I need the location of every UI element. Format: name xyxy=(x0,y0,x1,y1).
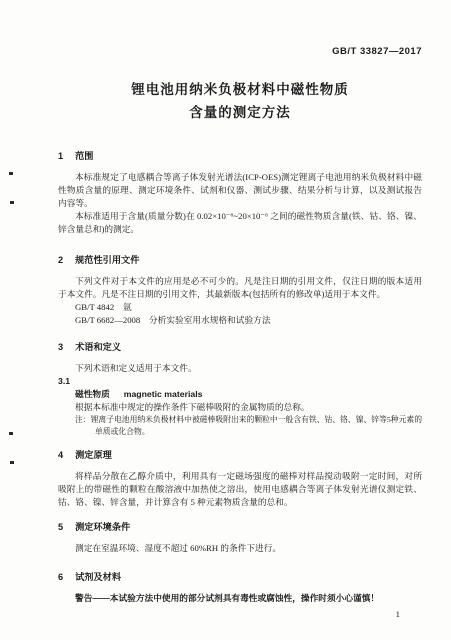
title-line-2: 含量的测定方法 xyxy=(58,101,422,124)
reference-item-2: GB/T 6682—2008 分析实验室用水规格和试验方法 xyxy=(75,314,422,327)
document-title: 锂电池用纳米负极材料中磁性物质 含量的测定方法 xyxy=(58,78,422,124)
section-4-body: 将样品分散在乙醇介质中，利用具有一定磁场强度的磁棒对样品搅动吸附一定时间，对所吸… xyxy=(58,470,422,509)
reference-item-1: GB/T 4842 氩 xyxy=(75,301,422,314)
section-2-body: 下列文件对于本文件的应用是必不可少的。凡是注日期的引用文件，仅注日期的版本适用于… xyxy=(58,275,422,327)
section-4-number: 4 xyxy=(58,450,63,460)
section-5-number: 5 xyxy=(58,522,63,532)
section-3-body: 下列术语和定义适用于本文件。 3.1 磁性物质magnetic material… xyxy=(58,362,422,437)
section-scope: 1范围 本标准规定了电感耦合等离子体发射光谱法(ICP-OES)测定锂离子电池用… xyxy=(58,150,422,236)
term-entry-number: 3.1 xyxy=(58,375,422,388)
term-chinese: 磁性物质 xyxy=(75,389,110,399)
warning-text: 警告——本试验方法中使用的部分试剂具有毒性或腐蚀性，操作时须小心谨慎！ xyxy=(75,592,422,605)
section-6-heading: 6试剂及材料 xyxy=(58,571,422,584)
section-3-heading: 3术语和定义 xyxy=(58,341,422,354)
section-5-body: 测定在室温环境、湿度不超过 60%RH 的条件下进行。 xyxy=(58,542,422,555)
term-note: 注：锂离子电池用纳米负极材料中被磁棒吸附出来的颗粒中一般含有铁、钴、铬、镍、锌等… xyxy=(95,414,422,437)
term-definition: 根据本标准中规定的操作条件下磁棒吸附的金属物质的总称。 xyxy=(75,401,422,414)
scope-paragraph-1: 本标准规定了电感耦合等离子体发射光谱法(ICP-OES)测定锂离子电池用纳米负极… xyxy=(58,171,422,210)
term-english: magnetic materials xyxy=(124,389,203,399)
section-normative-references: 2规范性引用文件 下列文件对于本文件的应用是必不可少的。凡是注日期的引用文件，仅… xyxy=(58,254,422,327)
scope-paragraph-2: 本标准适用于含量(质量分数)在 0.02×10⁻⁶~20×10⁻⁶ 之间的磁性物… xyxy=(58,210,422,236)
section-5-heading: 5测定环境条件 xyxy=(58,521,422,534)
section-1-body: 本标准规定了电感耦合等离子体发射光谱法(ICP-OES)测定锂离子电池用纳米负极… xyxy=(58,171,422,236)
references-intro-paragraph: 下列文件对于本文件的应用是必不可少的。凡是注日期的引用文件，仅注日期的版本适用于… xyxy=(58,275,422,301)
section-2-heading: 2规范性引用文件 xyxy=(58,254,422,267)
section-4-title: 测定原理 xyxy=(75,450,112,460)
standard-number: GB/T 33827—2017 xyxy=(58,46,422,58)
section-2-title: 规范性引用文件 xyxy=(75,255,139,265)
terms-intro-paragraph: 下列术语和定义适用于本文件。 xyxy=(58,362,422,375)
section-6-title: 试剂及材料 xyxy=(75,572,121,582)
section-determination-principle: 4测定原理 将样品分散在乙醇介质中，利用具有一定磁场强度的磁棒对样品搅动吸附一定… xyxy=(58,449,422,509)
section-6-number: 6 xyxy=(58,572,63,582)
section-terms-definitions: 3术语和定义 下列术语和定义适用于本文件。 3.1 磁性物质magnetic m… xyxy=(58,341,422,437)
section-environment-conditions: 5测定环境条件 测定在室温环境、湿度不超过 60%RH 的条件下进行。 xyxy=(58,521,422,555)
section-2-number: 2 xyxy=(58,255,63,265)
section-5-title: 测定环境条件 xyxy=(75,522,130,532)
section-1-number: 1 xyxy=(58,151,63,161)
section-1-heading: 1范围 xyxy=(58,150,422,163)
principle-paragraph: 将样品分散在乙醇介质中，利用具有一定磁场强度的磁棒对样品搅动吸附一定时间，对所吸… xyxy=(58,470,422,509)
title-line-1: 锂电池用纳米负极材料中磁性物质 xyxy=(58,78,422,101)
document-page: GB/T 33827—2017 锂电池用纳米负极材料中磁性物质 含量的测定方法 … xyxy=(0,0,451,640)
section-4-heading: 4测定原理 xyxy=(58,449,422,462)
environment-paragraph: 测定在室温环境、湿度不超过 60%RH 的条件下进行。 xyxy=(58,542,422,555)
section-3-title: 术语和定义 xyxy=(75,342,121,352)
section-3-number: 3 xyxy=(58,342,63,352)
section-6-body: 警告——本试验方法中使用的部分试剂具有毒性或腐蚀性，操作时须小心谨慎！ xyxy=(58,592,422,605)
term-entry: 磁性物质magnetic materials xyxy=(75,388,422,401)
section-1-title: 范围 xyxy=(75,151,93,161)
page-number: 1 xyxy=(58,608,422,620)
section-reagents-materials: 6试剂及材料 警告——本试验方法中使用的部分试剂具有毒性或腐蚀性，操作时须小心谨… xyxy=(58,571,422,605)
page-content: GB/T 33827—2017 锂电池用纳米负极材料中磁性物质 含量的测定方法 … xyxy=(0,0,451,620)
